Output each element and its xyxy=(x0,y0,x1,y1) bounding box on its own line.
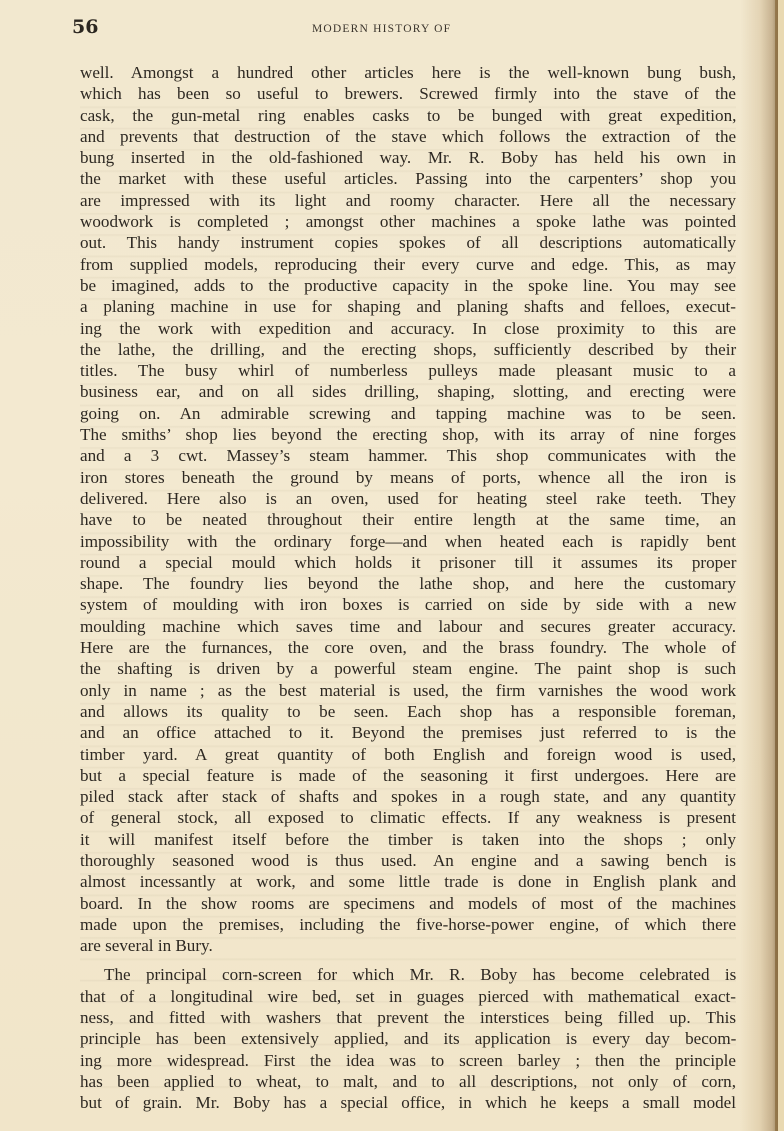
text-line: but of grain. Mr. Boby has a special off… xyxy=(80,1092,736,1113)
book-page: 56 MODERN HISTORY OF well. Amongst a hun… xyxy=(0,0,784,1131)
text-line: principle has been extensively applied, … xyxy=(80,1028,736,1049)
text-line: cask, the gun-metal ring enables casks t… xyxy=(80,105,736,126)
text-line: and a 3 cwt. Massey’s steam hammer. This… xyxy=(80,445,736,466)
text-line: delivered. Here also is an oven, used fo… xyxy=(80,488,736,509)
text-line: and allows its quality to be seen. Each … xyxy=(80,701,736,722)
text-line: from supplied models, reproducing their … xyxy=(80,254,736,275)
text-line: round a special mould which holds it pri… xyxy=(80,552,736,573)
text-line: the shafting is driven by a powerful ste… xyxy=(80,658,736,679)
text-line: moulding machine which saves time and la… xyxy=(80,616,736,637)
text-line: out. This handy instrument copies spokes… xyxy=(80,232,736,253)
paragraph-2: The principal corn-screen for which Mr. … xyxy=(80,964,736,1113)
running-head: MODERN HISTORY OF xyxy=(312,23,451,35)
text-line: made upon the premises, including the fi… xyxy=(80,914,736,935)
text-line: business ear, and on all sides drilling,… xyxy=(80,381,736,402)
paragraph-1: well. Amongst a hundred other articles h… xyxy=(80,62,736,956)
text-line: going on. An admirable screwing and tapp… xyxy=(80,403,736,424)
text-line: impossibility with the ordinary forge—an… xyxy=(80,531,736,552)
body-text: well. Amongst a hundred other articles h… xyxy=(80,62,736,1114)
text-line: of general stock, all exposed to climati… xyxy=(80,807,736,828)
text-line: which has been so useful to brewers. Scr… xyxy=(80,83,736,104)
text-line: well. Amongst a hundred other articles h… xyxy=(80,62,736,83)
text-line: board. In the show rooms are specimens a… xyxy=(80,893,736,914)
text-line: woodwork is completed ; amongst other ma… xyxy=(80,211,736,232)
text-line: piled stack after stack of shafts and sp… xyxy=(80,786,736,807)
text-line: the lathe, the drilling, and the erectin… xyxy=(80,339,736,360)
text-line: only in name ; as the best material is u… xyxy=(80,680,736,701)
text-line: but a special feature is made of the sea… xyxy=(80,765,736,786)
text-line: bung inserted in the old-fashioned way. … xyxy=(80,147,736,168)
page-number: 56 xyxy=(72,16,98,38)
text-line: iron stores beneath the ground by means … xyxy=(80,467,736,488)
paragraph-gap xyxy=(80,956,736,964)
text-line: are impressed with its light and roomy c… xyxy=(80,190,736,211)
text-line: system of moulding with iron boxes is ca… xyxy=(80,594,736,615)
text-line: almost incessantly at work, and some lit… xyxy=(80,871,736,892)
text-line: The smiths’ shop lies beyond the erectin… xyxy=(80,424,736,445)
text-line: the market with these useful articles. P… xyxy=(80,168,736,189)
text-line: Here are the furnances, the core oven, a… xyxy=(80,637,736,658)
text-line: have to be neated throughout their entir… xyxy=(80,509,736,530)
text-line: ness, and fitted with washers that preve… xyxy=(80,1007,736,1028)
text-line: and prevents that destruction of the sta… xyxy=(80,126,736,147)
text-line: a planing machine in use for shaping and… xyxy=(80,296,736,317)
text-line: that of a longitudinal wire bed, set in … xyxy=(80,986,736,1007)
text-line: ing more widespread. First the idea was … xyxy=(80,1050,736,1071)
text-line: timber yard. A great quantity of both En… xyxy=(80,744,736,765)
text-line: are several in Bury. xyxy=(80,935,736,956)
text-line: ing the work with expedition and accurac… xyxy=(80,318,736,339)
next-page-edge xyxy=(778,0,784,1131)
text-line: shape. The foundry lies beyond the lathe… xyxy=(80,573,736,594)
text-line: has been applied to wheat, to malt, and … xyxy=(80,1071,736,1092)
page-header: 56 MODERN HISTORY OF xyxy=(72,14,732,44)
text-line: it will manifest itself before the timbe… xyxy=(80,829,736,850)
text-line: titles. The busy whirl of numberless pul… xyxy=(80,360,736,381)
text-line: and an office attached to it. Beyond the… xyxy=(80,722,736,743)
text-line: be imagined, adds to the productive capa… xyxy=(80,275,736,296)
text-line: The principal corn-screen for which Mr. … xyxy=(80,964,736,985)
text-line: thoroughly seasoned wood is thus used. A… xyxy=(80,850,736,871)
